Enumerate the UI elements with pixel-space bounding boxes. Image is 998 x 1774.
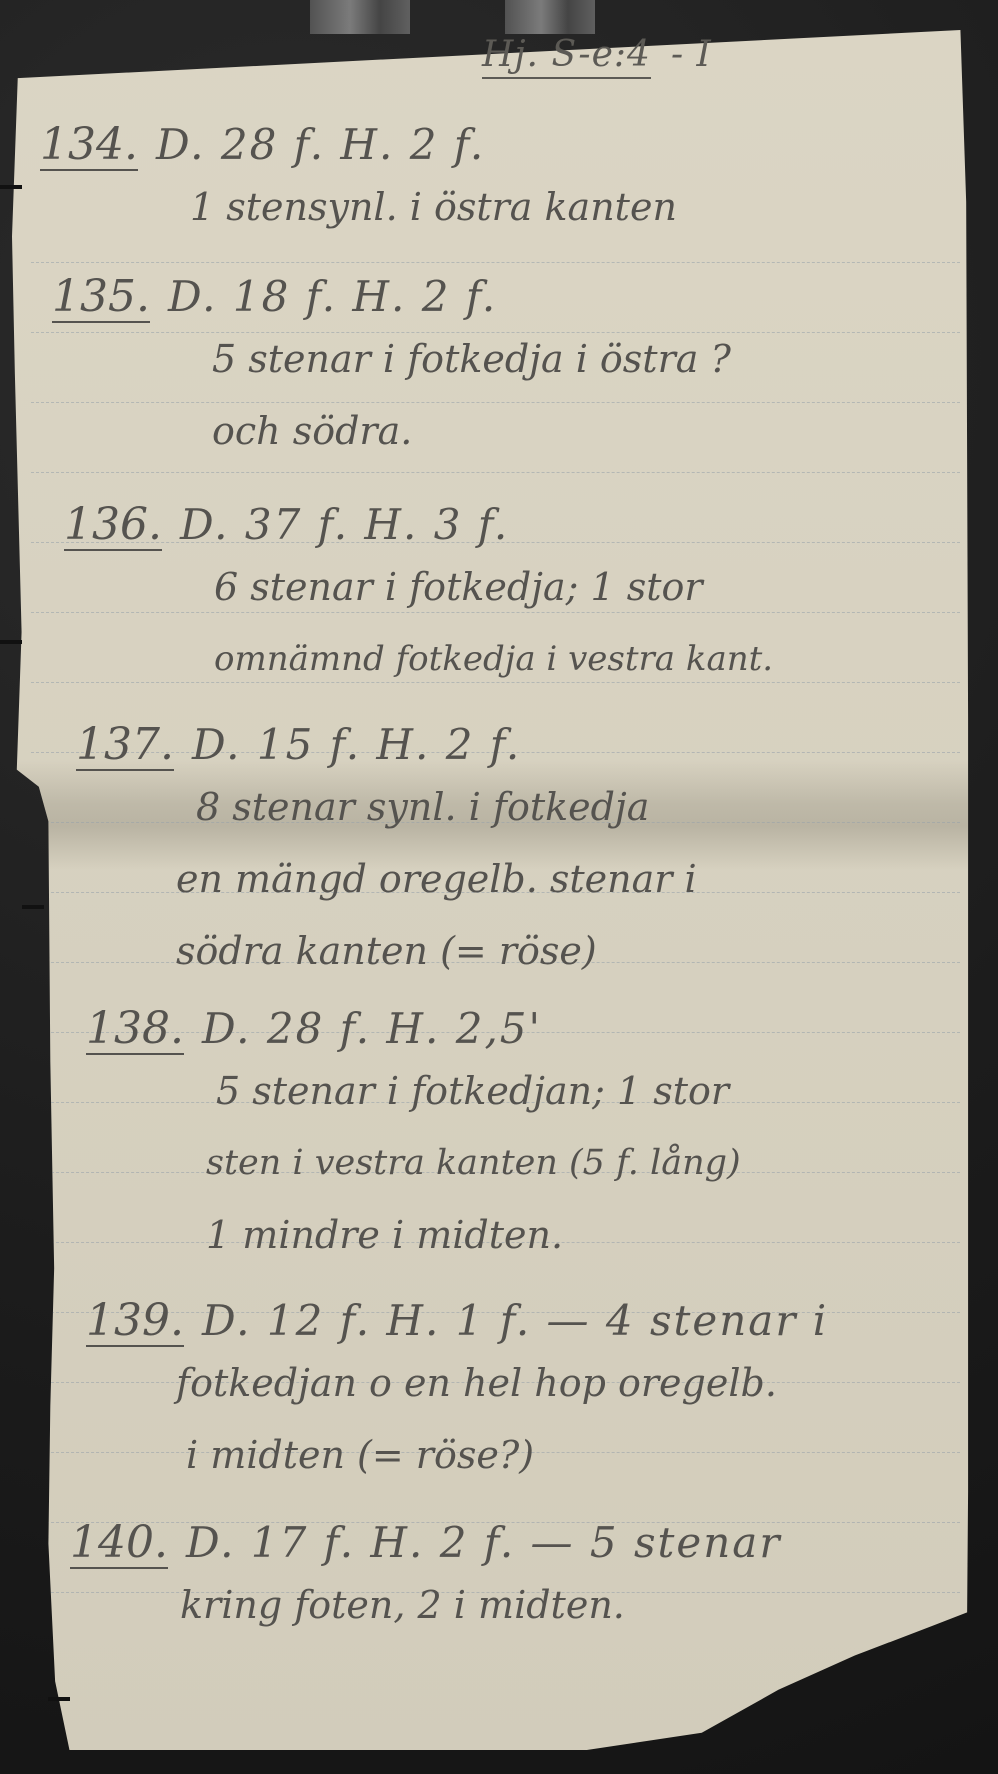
entry-135: 135.D. 18 f. H. 2 f. 5 stenar i fotkedja…: [52, 272, 731, 467]
binder-clip: [505, 0, 595, 34]
ruled-line: [31, 262, 960, 263]
entry-text-line: 5 stenar i fotkedja i östra ?: [52, 323, 731, 395]
volume-number: - I: [671, 34, 712, 75]
entry-text-line: 6 stenar i fotkedja; 1 stor: [64, 551, 773, 623]
entry-text-line: omnämnd fotkedja i vestra kant.: [64, 623, 773, 695]
entry-136: 136.D. 37 f. H. 3 f. 6 stenar i fotkedja…: [64, 500, 773, 695]
entry-number: 138.: [86, 1005, 184, 1055]
entry-measurements: D. 12 f. H. 1 f. — 4 stenar i: [202, 1296, 828, 1345]
scan-stage: Hj. S-e:4- I 134.D. 28 f. H. 2 f. 1 sten…: [0, 0, 998, 1774]
entry-text-line: och södra.: [52, 395, 731, 467]
entry-number: 137.: [76, 721, 174, 771]
page-notch: [0, 640, 22, 644]
entry-number: 139.: [86, 1297, 184, 1347]
entry-measurements: D. 18 f. H. 2 f.: [168, 272, 497, 321]
entry-number: 136.: [64, 501, 162, 551]
entry-text-line: kring foten, 2 i midten.: [70, 1569, 781, 1641]
entry-137: 137.D. 15 f. H. 2 f. 8 stenar synl. i fo…: [76, 720, 697, 987]
shelfmark-code: Hj. S-e:4: [482, 34, 651, 79]
ruled-line: [31, 472, 960, 473]
shelfmark: Hj. S-e:4- I: [482, 34, 712, 75]
entry-text-line: 8 stenar synl. i fotkedja: [76, 771, 697, 843]
entry-140: 140.D. 17 f. H. 2 f. — 5 stenar kring fo…: [70, 1518, 781, 1641]
entry-text-line: i midten (= röse?): [86, 1419, 828, 1491]
entry-text-line: 1 mindre i midten.: [86, 1199, 741, 1271]
entry-measurements: D. 28 f. H. 2 f.: [156, 120, 485, 169]
entry-139: 139.D. 12 f. H. 1 f. — 4 stenar i fotked…: [86, 1296, 828, 1491]
entry-measurements: D. 17 f. H. 2 f. — 5 stenar: [186, 1518, 781, 1567]
entry-measurements: D. 28 f. H. 2,5': [202, 1004, 542, 1053]
entry-number: 140.: [70, 1519, 168, 1569]
page-notch: [48, 1697, 70, 1701]
entry-text-line: sten i vestra kanten (5 f. lång): [86, 1127, 741, 1199]
entry-measurements: D. 15 f. H. 2 f.: [192, 720, 521, 769]
entry-134: 134.D. 28 f. H. 2 f. 1 stensynl. i östra…: [40, 120, 677, 243]
entry-measurements: D. 37 f. H. 3 f.: [180, 500, 509, 549]
binder-clip: [310, 0, 410, 34]
entry-number: 134.: [40, 121, 138, 171]
entry-138: 138.D. 28 f. H. 2,5' 5 stenar i fotkedja…: [86, 1004, 741, 1271]
entry-text-line: en mängd oregelb. stenar i: [76, 843, 697, 915]
page-notch: [0, 185, 22, 189]
entry-text-line: södra kanten (= röse): [76, 915, 697, 987]
entry-text-line: 5 stenar i fotkedjan; 1 stor: [86, 1055, 741, 1127]
entry-text-line: fotkedjan o en hel hop oregelb.: [86, 1347, 828, 1419]
page-notch: [22, 905, 44, 909]
entry-text-line: 1 stensynl. i östra kanten: [40, 171, 677, 243]
entry-number: 135.: [52, 273, 150, 323]
